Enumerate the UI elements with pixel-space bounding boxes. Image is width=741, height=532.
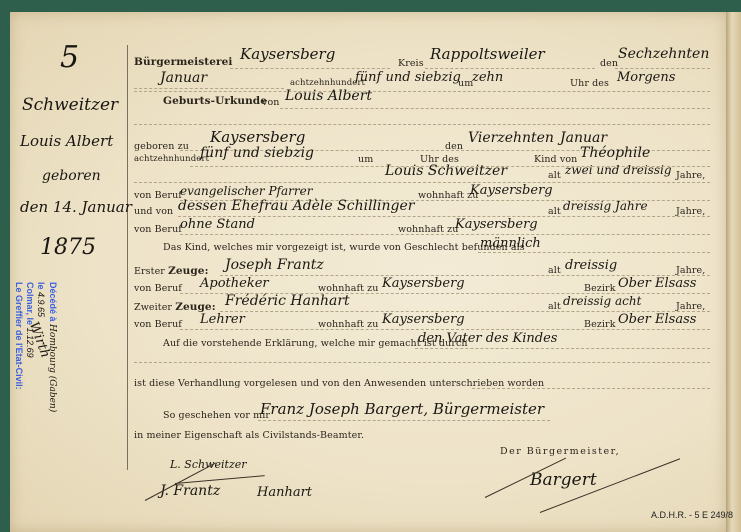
capacity-label: in meiner Eigenschaft als Civilstands-Be… <box>134 430 364 441</box>
margin-rule <box>127 45 128 470</box>
page-edge <box>726 12 741 532</box>
declarant: den Vater des Kindes <box>418 331 557 346</box>
header-month: Januar <box>160 70 207 86</box>
signature-witness2: Hanhart <box>257 485 312 500</box>
rule <box>134 91 710 92</box>
header-year-words: fünf und siebzig <box>355 70 461 85</box>
signature-father: L. Schweitzer <box>170 458 247 471</box>
rule <box>134 88 284 89</box>
margin-born-year: 1875 <box>40 235 96 260</box>
header-hour: zehn <box>472 70 503 85</box>
signature-witness1: J. Frantz <box>160 483 220 499</box>
margin-born-label: geboren <box>42 168 101 184</box>
witness1-occupation: Apotheker <box>200 276 269 291</box>
witness1-name: Joseph Frantz <box>225 257 324 273</box>
mother-und-von-label: und von <box>134 206 173 217</box>
sex-sentence: Das Kind, welches mir vorgezeigt ist, wu… <box>163 242 525 253</box>
father-full-name: Louis Schweitzer <box>385 163 507 179</box>
mother-residence: Kaysersberg <box>455 217 538 232</box>
witness1-beruf-label: von Beruf <box>134 283 182 294</box>
father-occupation: evangelischer Pfarrer <box>180 184 312 198</box>
rule <box>258 420 550 421</box>
stamp-line2: le <box>36 282 46 290</box>
header-day: Sechzehnten <box>618 46 709 62</box>
buergermeisterei-label: Bürgermeisterei <box>134 56 233 68</box>
father-beruf-label: von Beruf <box>134 190 182 201</box>
margin-born-date: den 14. Januar <box>20 198 132 216</box>
rule <box>134 362 710 363</box>
birth-year-words: fünf und siebzig <box>200 145 314 161</box>
birth-um-label: um <box>358 154 373 165</box>
urkunde-title: Geburts-Urkunde <box>163 95 267 107</box>
father-age: zwei und dreissig <box>565 163 672 177</box>
witness1-residence: Kaysersberg <box>382 276 465 291</box>
margin-entry-number: 5 <box>60 40 79 75</box>
witness2-beruf-label: von Beruf <box>134 319 182 330</box>
witness2-age: dreissig acht <box>563 294 641 308</box>
stamp-line4: Le Greffier de l'Etat-Civil: <box>13 282 24 412</box>
father-jahre-label: Jahre, <box>676 170 705 181</box>
rule <box>180 234 710 235</box>
rule <box>415 348 710 349</box>
father-first-name: Théophile <box>580 145 650 161</box>
stamp-line1: Décédé à <box>48 282 58 322</box>
officer-name: Franz Joseph Bargert, Bürgermeister <box>260 400 544 418</box>
stamp-place: Hombourg (Gaben) <box>47 324 57 412</box>
witness1-label: Erster Zeuge: <box>134 265 209 277</box>
margin-surname: Schweitzer <box>22 95 118 115</box>
birth-day: Vierzehnten <box>468 130 554 146</box>
father-residence: Kaysersberg <box>470 183 553 198</box>
rule <box>134 182 710 183</box>
header-daytime: Morgens <box>617 70 675 85</box>
rule <box>615 68 710 69</box>
rule <box>178 216 710 217</box>
buergermeisterei-value: Kaysersberg <box>240 45 335 63</box>
birth-achtzehnhundert-label: achtzehnhundert <box>134 154 209 164</box>
margin-given-names: Louis Albert <box>20 132 113 150</box>
rule <box>478 252 710 253</box>
stamp-line3: Colmar, le <box>25 282 35 325</box>
mother-beruf-label: von Beruf <box>134 224 182 235</box>
mayor-label: Der Bürgermeister, <box>500 446 620 457</box>
mother-age: dreissig Jahre <box>563 199 648 213</box>
rule <box>472 388 710 389</box>
witness2-occupation: Lehrer <box>200 312 245 327</box>
stamp-death-date: 4.9.65 <box>36 292 46 317</box>
rule <box>425 68 595 69</box>
rule <box>180 329 710 330</box>
birth-month: Januar <box>560 130 607 146</box>
rule <box>280 108 710 109</box>
kreis-value: Rappoltsweiler <box>430 45 545 63</box>
witness1-age: dreissig <box>565 258 617 273</box>
rule <box>230 68 390 69</box>
title-von-label: von <box>262 97 280 108</box>
father-alt-label: alt <box>548 170 561 181</box>
header-achtzehnhundert-label: achtzehnhundert <box>290 78 365 88</box>
witness1-district: Ober Elsass <box>618 276 696 291</box>
witness2-residence: Kaysersberg <box>382 312 465 327</box>
birth-place: Kaysersberg <box>210 128 305 146</box>
kreis-label: Kreis <box>398 58 424 69</box>
archive-reference: A.D.H.R. - 5 E 249/8 <box>651 510 733 520</box>
mother-occupation: ohne Stand <box>180 217 255 232</box>
child-name: Louis Albert <box>285 88 372 104</box>
signature-mayor: Bargert <box>530 470 597 490</box>
witness2-name: Frédéric Hanhart <box>225 293 350 309</box>
done-before-label: So geschehen vor mir <box>163 410 270 421</box>
sex-value: männlich <box>480 236 541 251</box>
rule <box>134 124 710 125</box>
mother-name: dessen Ehefrau Adèle Schillinger <box>178 198 414 214</box>
header-uhr-des-label: Uhr des <box>570 78 609 89</box>
witness2-district: Ober Elsass <box>618 312 696 327</box>
